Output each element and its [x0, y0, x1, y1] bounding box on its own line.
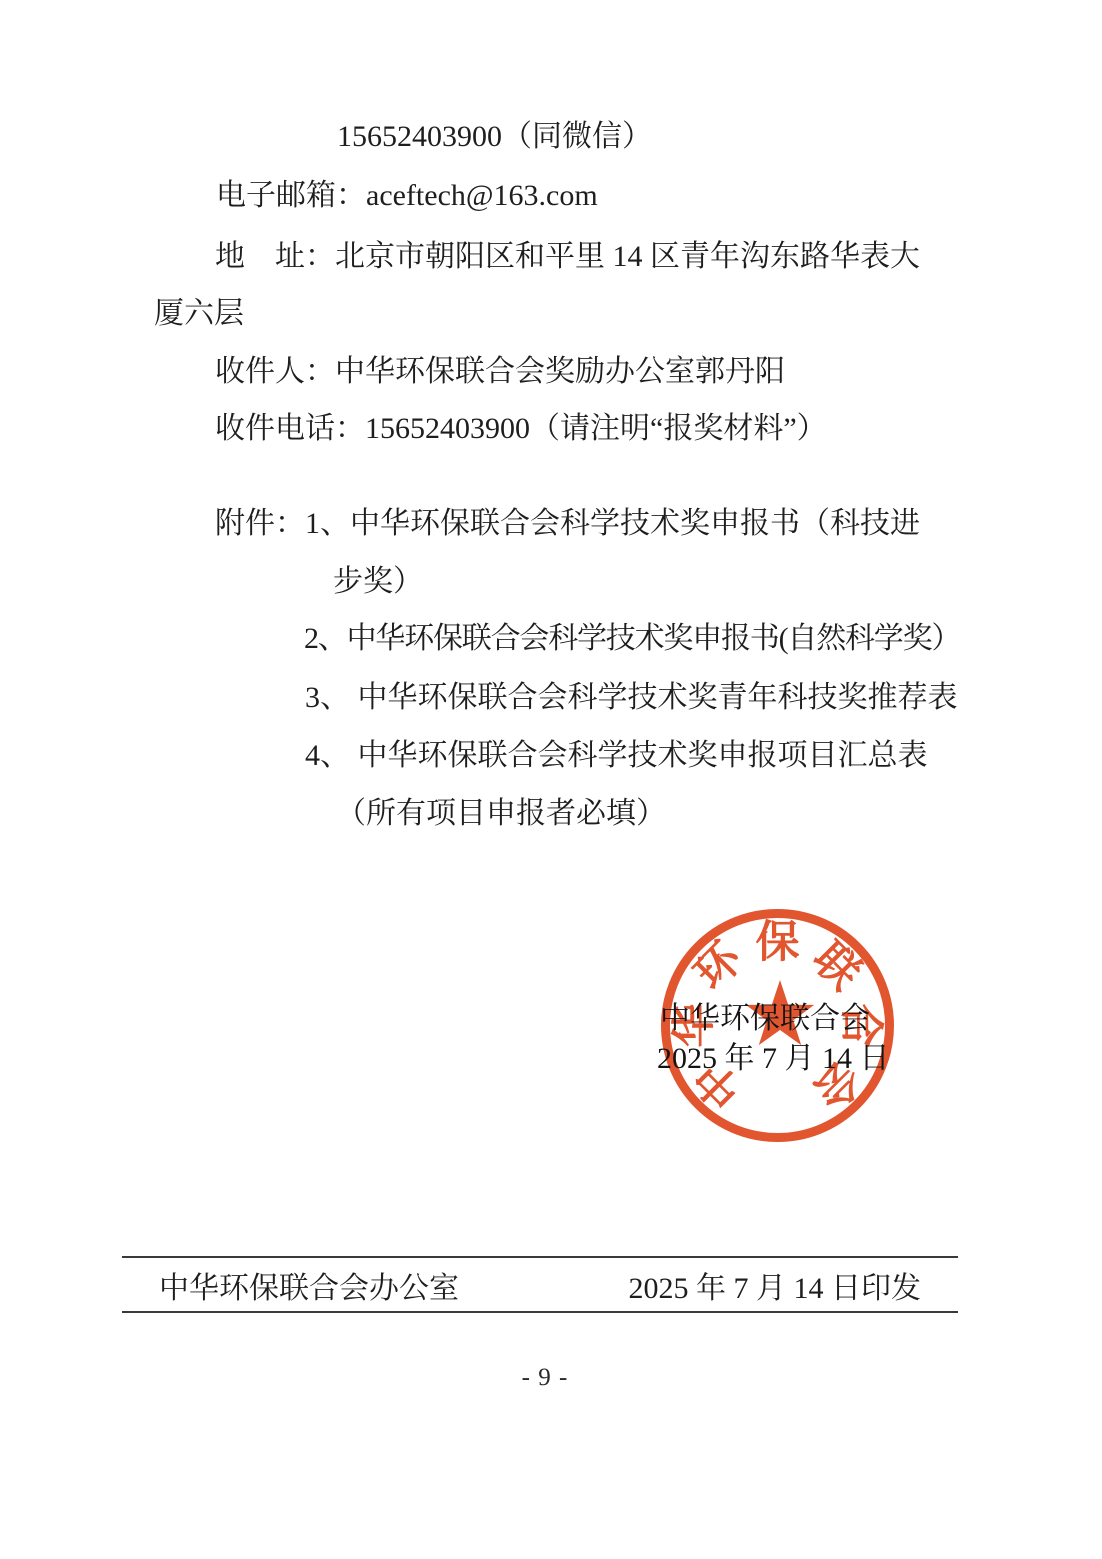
footer-issue-bar: 中华环保联合会办公室 2025 年 7 月 14 日印发: [122, 1256, 958, 1313]
signature-date: 2025 年 7 月 14 日: [657, 1042, 890, 1077]
recipient-line: 收件人：中华环保联合会奖励办公室郭丹阳: [215, 355, 785, 390]
signature-organization: 中华环保联合会: [660, 1002, 870, 1037]
page-number: - 9 -: [0, 1364, 1090, 1392]
attachments-item1-continuation: 步奖）: [333, 565, 423, 600]
address-line-1: 地 址：北京市朝阳区和平里 14 区青年沟东路华表大: [215, 240, 920, 275]
footer-issue-date: 2025 年 7 月 14 日印发: [629, 1263, 922, 1307]
email-line: 电子邮箱：aceftech@163.com: [216, 179, 598, 214]
address-line-2: 厦六层: [154, 297, 244, 332]
footer-office: 中华环保联合会办公室: [159, 1263, 459, 1307]
seal-ring-char: 环: [686, 932, 753, 999]
attachments-item2-line: 2、中华环保联合会科学技术奖申报书(自然科学奖）: [304, 622, 960, 657]
phone-wechat-line: 15652403900（同微信）: [337, 120, 652, 155]
seal-ring-char: 保: [756, 918, 800, 967]
attachments-item4-continuation: （所有项目申报者必填）: [336, 797, 666, 832]
document-page: 15652403900（同微信） 电子邮箱：aceftech@163.com 地…: [0, 0, 1102, 1559]
attachments-item3-line: 3、 中华环保联合会科学技术奖青年科技奖推荐表: [305, 681, 958, 716]
attachments-item1-line: 附件：1、中华环保联合会科学技术奖申报书（科技进: [215, 507, 920, 542]
attachments-item4-line: 4、 中华环保联合会科学技术奖申报项目汇总表: [305, 739, 928, 774]
recipient-phone-line: 收件电话：15652403900（请注明“报奖材料”）: [215, 412, 827, 447]
